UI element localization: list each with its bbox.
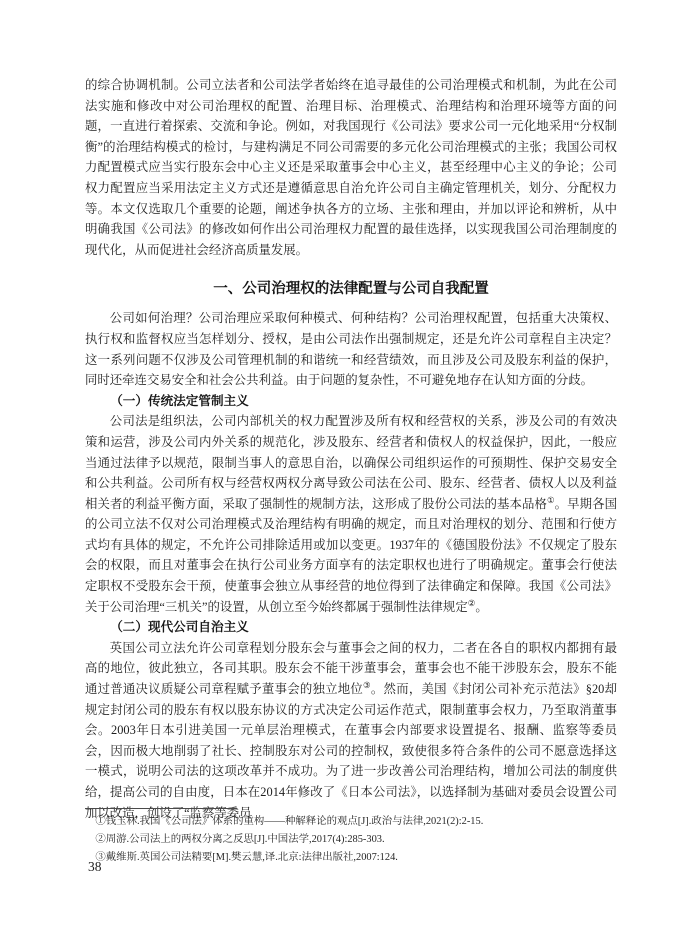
subsection-heading-legalism: （一）传统法定管制主义 <box>85 391 617 412</box>
footnote-ref-1: ① <box>547 495 555 505</box>
footnote-3: ③戴维斯.英国公司法精要[M].樊云慧,译.北京:法律出版社,2007:124. <box>85 849 617 867</box>
footnote-2: ②周游.公司法上的两权分离之反思[J].中国法学,2017(4):285-303… <box>85 831 617 849</box>
text-segment: 。然而，美国《封闭公司补充示范法》§20却规定封闭公司的股东有权以股东协议的方式… <box>85 682 617 820</box>
subsection-heading-autonomy: （二）现代公司自治主义 <box>85 617 617 638</box>
intro-paragraph: 的综合协调机制。公司立法者和公司法学者始终在追寻最佳的公司治理模式和机制，为此在… <box>85 75 617 260</box>
footnote-1: ①钱玉林.我国《公司法》体系的重构——种解释论的观点[J].政治与法律,2021… <box>85 813 617 831</box>
paragraph-autonomy: 英国公司立法允许公司章程划分股东会与董事会之间的权力，二者在各自的职权内都拥有最… <box>85 638 617 823</box>
footnote-ref-3: ③ <box>363 680 371 690</box>
page-number: 38 <box>88 858 102 876</box>
paragraph-legalism: 公司法是组织法，公司内部机关的权力配置涉及所有权和经营权的关系，涉及公司的有效决… <box>85 411 617 617</box>
paragraph-governance-overview: 公司如何治理？公司治理应采取何种模式、何种结构？公司治理权配置，包括重大决策权、… <box>85 308 617 390</box>
document-page: 的综合协调机制。公司立法者和公司法学者始终在追寻最佳的公司治理模式和机制，为此在… <box>0 0 700 943</box>
footnotes-block: ①钱玉林.我国《公司法》体系的重构——种解释论的观点[J].政治与法律,2021… <box>85 813 617 867</box>
text-segment: 。 <box>475 600 487 614</box>
text-segment: 。早期各国的公司立法不仅对公司治理模式及治理结构有明确的规定，而且对治理权的划分… <box>85 497 617 614</box>
text-segment: 公司法是组织法，公司内部机关的权力配置涉及所有权和经营权的关系，涉及公司的有效决… <box>85 414 617 510</box>
section-heading: 一、公司治理权的法律配置与公司自我配置 <box>85 279 617 300</box>
footnote-separator <box>85 808 237 809</box>
text-column: 的综合协调机制。公司立法者和公司法学者始终在追寻最佳的公司治理模式和机制，为此在… <box>85 75 617 823</box>
